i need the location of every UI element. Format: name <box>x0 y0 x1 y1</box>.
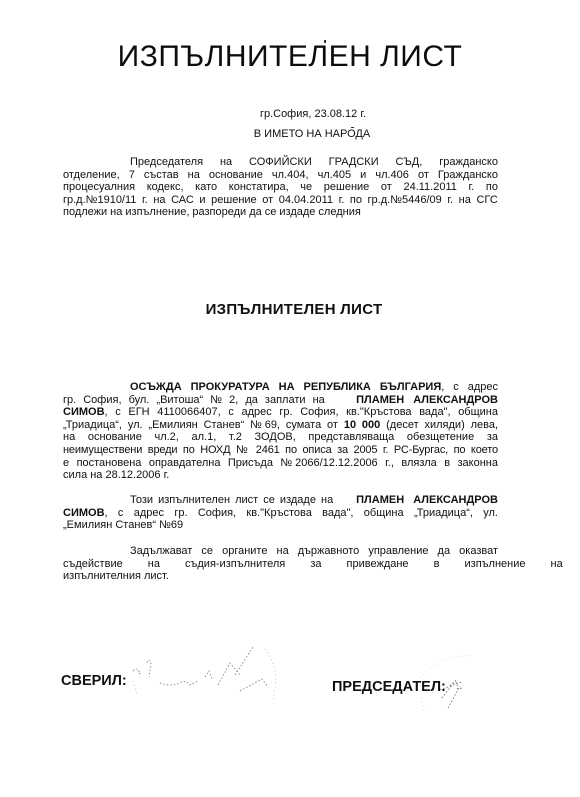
text: сила на 28.12.2006 г. <box>63 469 169 481</box>
word: и <box>360 169 366 182</box>
text: „Триадица“, ул. „Емилиян Станев“ №69, су… <box>63 419 338 431</box>
word: от <box>381 181 392 194</box>
word: на <box>220 156 232 169</box>
intro-line-4: гр.д.№1910/11г.наСАСирешениеот04.04.2011… <box>63 194 498 207</box>
word: Председателя <box>130 156 203 169</box>
word: от <box>418 169 429 182</box>
word: решение <box>324 181 370 194</box>
verified-label: СВЕРИЛ: <box>61 673 127 689</box>
chairman-signature <box>420 650 540 730</box>
word: г. <box>339 194 345 207</box>
obligation-paragraph: Задължават се органите на държавното упр… <box>63 545 498 583</box>
judgment-paragraph: ОСЪЖДА ПРОКУРАТУРА НА РЕПУБЛИКА БЪЛГАРИЯ… <box>63 381 498 482</box>
obligation-line-3: изпълнителния лист. <box>63 570 498 583</box>
in-the-name-of-the-people: В ИМЕТО НА НАРОДА <box>0 128 580 140</box>
word: гр.д.№1910/11 <box>63 194 136 207</box>
word: издаде <box>279 206 315 219</box>
word: СГС <box>476 194 497 207</box>
word: разпореди <box>192 206 246 219</box>
judgment-line-8: сила на 28.12.2006 г. <box>63 469 498 482</box>
word: по <box>486 181 498 194</box>
word: 7 <box>129 169 135 182</box>
intro-line-3: процесуалниякодекс,катоконстатира,череше… <box>63 181 498 194</box>
judgment-line-4: „Триадица“, ул. „Емилиян Станев“ №69, су… <box>63 419 498 432</box>
text: (десет хиляди) лева, <box>386 419 498 431</box>
intro-line-5: подлежинаизпълнение,разпоредидасеиздадес… <box>63 206 498 219</box>
word: чл.404, <box>272 169 309 182</box>
word: ГРАДСКИ <box>329 156 379 169</box>
word: и <box>199 194 205 207</box>
word: на <box>459 194 471 207</box>
judgment-line-3: СИМОВ, с ЕГН 4110066407, с адрес гр. Соф… <box>63 406 498 419</box>
issued-line-1: Този изпълнителен лист се издаде наПЛАМЕ… <box>63 494 498 507</box>
word: като <box>195 181 217 194</box>
plaintiff-name: ПЛАМЕН АЛЕКСАНДРОВ <box>356 394 498 407</box>
word: г. <box>142 194 148 207</box>
document-title: ИЗПЪЛНИТЕЛЕН ЛИСТ <box>0 40 580 74</box>
text: , с адрес гр. София, кв."Кръстова вада",… <box>105 507 498 519</box>
word: подлежи <box>63 206 107 219</box>
word: на <box>188 169 200 182</box>
word: изпълнение, <box>125 206 189 219</box>
text: Този изпълнителен лист се издаде на <box>130 494 333 507</box>
text: , с адрес <box>441 381 498 393</box>
word: основание <box>209 169 263 182</box>
word: г. <box>469 181 475 194</box>
document-subtitle: ИЗПЪЛНИТЕЛЕН ЛИСТ <box>0 301 580 318</box>
word: състав <box>144 169 179 182</box>
word: от <box>262 194 273 207</box>
intro-line-2: отделение,7съставнаоснованиечл.404,чл.40… <box>63 169 498 182</box>
word: следния <box>318 206 360 219</box>
text: , с ЕГН 4110066407, с адрес гр. София, к… <box>105 406 498 418</box>
word: че <box>300 181 312 194</box>
defendant-name: ОСЪЖДА ПРОКУРАТУРА НА РЕПУБЛИКА БЪЛГАРИЯ <box>130 381 441 393</box>
word: на <box>153 194 165 207</box>
word: процесуалния <box>63 181 135 194</box>
word: констатира, <box>229 181 289 194</box>
judgment-line-7: е постановена оправдателна Присъда №2066… <box>63 457 498 470</box>
word: се <box>265 206 277 219</box>
intro-paragraph: ПредседателянаСОФИЙСКИГРАДСКИСЪД,граждан… <box>63 156 498 219</box>
word: кодекс, <box>147 181 184 194</box>
issued-to-paragraph: Този изпълнителен лист се издаде наПЛАМЕ… <box>63 494 498 532</box>
text: гр. София, бул. „Витоша“ № 2, да заплати… <box>63 394 325 407</box>
obligation-line-2: съдействие на съдия-изпълнителя за приве… <box>63 558 498 571</box>
recipient-surname: СИМОВ <box>63 507 105 519</box>
word: по <box>350 194 362 207</box>
word: 24.11.2011 <box>403 181 456 194</box>
word: гражданско <box>439 156 498 169</box>
text: неимуществени вреди по НОХД № 2461 по оп… <box>63 444 498 456</box>
plaintiff-surname: СИМОВ <box>63 406 105 418</box>
word: СОФИЙСКИ <box>249 156 312 169</box>
issued-line-3: „Емилиян Станев“ №69 <box>63 519 498 532</box>
word: на <box>110 206 122 219</box>
word: чл.406 <box>375 169 409 182</box>
word: гр.д.№5446/09 <box>368 194 442 207</box>
place-date: гр.София, 23.08.12 г. <box>0 108 580 120</box>
judgment-line-5: на основание чл.2, ал.1, т.2 ЗОДОВ, пред… <box>63 431 498 444</box>
word: чл.405 <box>318 169 352 182</box>
judgment-line-1: ОСЪЖДА ПРОКУРАТУРА НА РЕПУБЛИКА БЪЛГАРИЯ… <box>63 381 498 394</box>
word: 04.04.2011 <box>279 194 333 207</box>
intro-line-1: ПредседателянаСОФИЙСКИГРАДСКИСЪД,граждан… <box>63 156 498 169</box>
issued-line-2: СИМОВ, с адрес гр. София, кв."Кръстова в… <box>63 507 498 520</box>
recipient-name: ПЛАМЕН АЛЕКСАНДРОВ <box>356 494 498 507</box>
word: решение <box>211 194 257 207</box>
word: СЪД, <box>396 156 423 169</box>
word: да <box>249 206 262 219</box>
text: „Емилиян Станев“ №69 <box>63 519 183 531</box>
word: САС <box>171 194 194 207</box>
text: Задължават се органите на държавното упр… <box>130 545 498 557</box>
verified-signature <box>125 645 285 715</box>
title-speck <box>324 40 326 43</box>
word: г. <box>447 194 453 207</box>
word: отделение, <box>63 169 120 182</box>
text: е постановена оправдателна Присъда №2066… <box>63 457 498 469</box>
word: Гражданско <box>438 169 498 182</box>
text: съдействие на съдия-изпълнителя за приве… <box>63 558 563 570</box>
judgment-line-2: гр. София, бул. „Витоша“ № 2, да заплати… <box>63 394 498 407</box>
obligation-line-1: Задължават се органите на държавното упр… <box>63 545 498 558</box>
amount: 10 000 <box>344 419 380 431</box>
judgment-line-6: неимуществени вреди по НОХД № 2461 по оп… <box>63 444 498 457</box>
text: на основание чл.2, ал.1, т.2 ЗОДОВ, пред… <box>63 431 498 443</box>
text: изпълнителния лист. <box>63 570 169 582</box>
